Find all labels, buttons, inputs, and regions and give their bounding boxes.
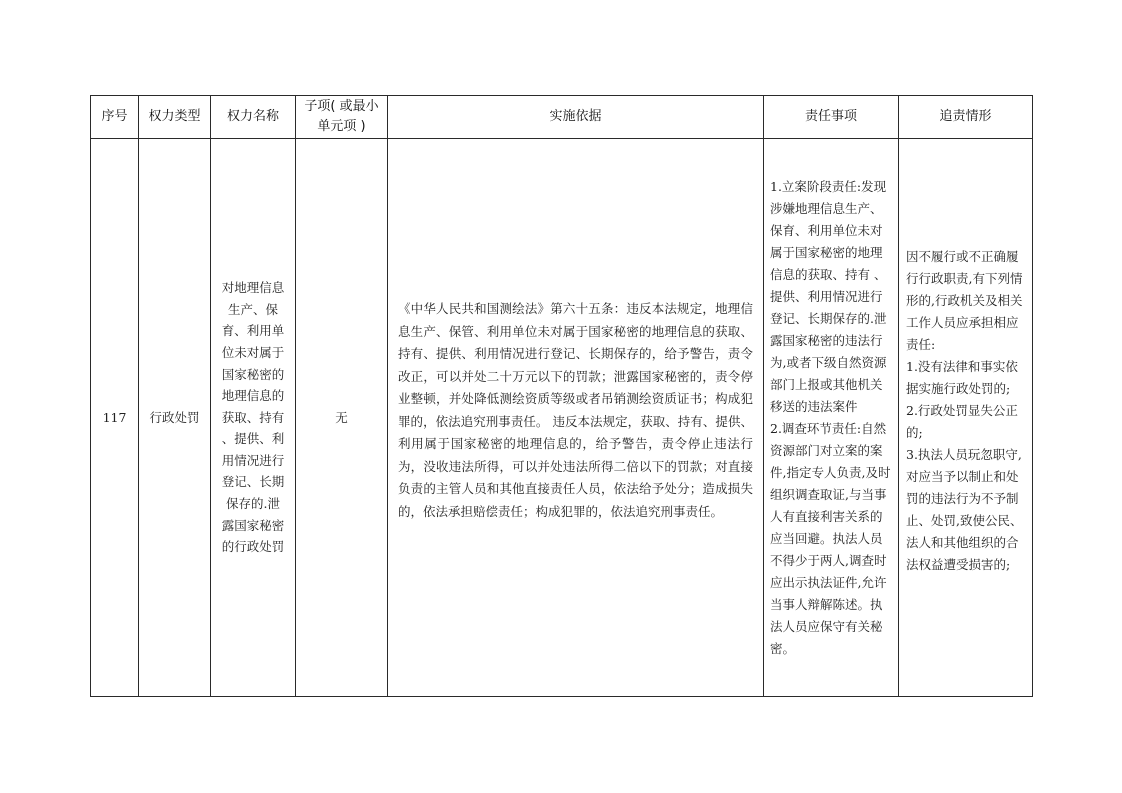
header-duties: 责任事项 (764, 96, 899, 139)
accountability-text: 因不履行或不正确履行行政职责,有下列情形的,行政机关及相关工作人员应承担相应责任… (899, 246, 1032, 576)
accountability-item-1: 1.没有法律和事实依据实施行政处罚的; (906, 356, 1026, 400)
accountability-item-2: 2.行政处罚显失公正的; (906, 400, 1026, 444)
cell-power-type: 行政处罚 (139, 139, 211, 697)
accountability-item-3: 3.执法人员玩忽职守,对应当予以制止和处罚的违法行为不予制止、处罚,致使公民、法… (906, 444, 1026, 576)
header-sub-item-label: 子项( 或最小单元项 ) (304, 99, 378, 134)
header-power-type: 权力类型 (139, 96, 211, 139)
cell-basis: 《中华人民共和国测绘法》第六十五条：违反本法规定，地理信息生产、保管、利用单位未… (388, 139, 764, 697)
cell-accountability: 因不履行或不正确履行行政职责,有下列情形的,行政机关及相关工作人员应承担相应责任… (899, 139, 1033, 697)
power-name-text: 对地理信息生产、保育、利用单位未对属于国家秘密的地理信息的获取、持有 、提供、利… (221, 277, 285, 558)
table-row: 117 行政处罚 对地理信息生产、保育、利用单位未对属于国家秘密的地理信息的获取… (91, 139, 1033, 697)
header-accountability: 追责情形 (899, 96, 1033, 139)
duty-item-2: 2.调查环节责任:自然资源部门对立案的案件,指定专人负责,及时组织调查取证,与当… (770, 418, 892, 660)
power-list-table: 序号 权力类型 权力名称 子项( 或最小单元项 ) 实施依据 责任事项 追责情形… (90, 95, 1033, 697)
cell-power-name: 对地理信息生产、保育、利用单位未对属于国家秘密的地理信息的获取、持有 、提供、利… (211, 139, 296, 697)
cell-seq: 117 (91, 139, 139, 697)
header-sub-item: 子项( 或最小单元项 ) (296, 96, 388, 139)
cell-duties: 1.立案阶段责任:发现涉嫌地理信息生产、保育、利用单位未对属于国家秘密的地理信息… (764, 139, 899, 697)
cell-sub-item: 无 (296, 139, 388, 697)
accountability-intro: 因不履行或不正确履行行政职责,有下列情形的,行政机关及相关工作人员应承担相应责任… (906, 246, 1026, 356)
duty-item-1: 1.立案阶段责任:发现涉嫌地理信息生产、保育、利用单位未对属于国家秘密的地理信息… (770, 176, 892, 418)
header-seq: 序号 (91, 96, 139, 139)
header-basis: 实施依据 (388, 96, 764, 139)
header-power-name: 权力名称 (211, 96, 296, 139)
table-header-row: 序号 权力类型 权力名称 子项( 或最小单元项 ) 实施依据 责任事项 追责情形 (91, 96, 1033, 139)
basis-text: 《中华人民共和国测绘法》第六十五条：违反本法规定，地理信息生产、保管、利用单位未… (388, 298, 763, 523)
duties-text: 1.立案阶段责任:发现涉嫌地理信息生产、保育、利用单位未对属于国家秘密的地理信息… (764, 176, 898, 660)
